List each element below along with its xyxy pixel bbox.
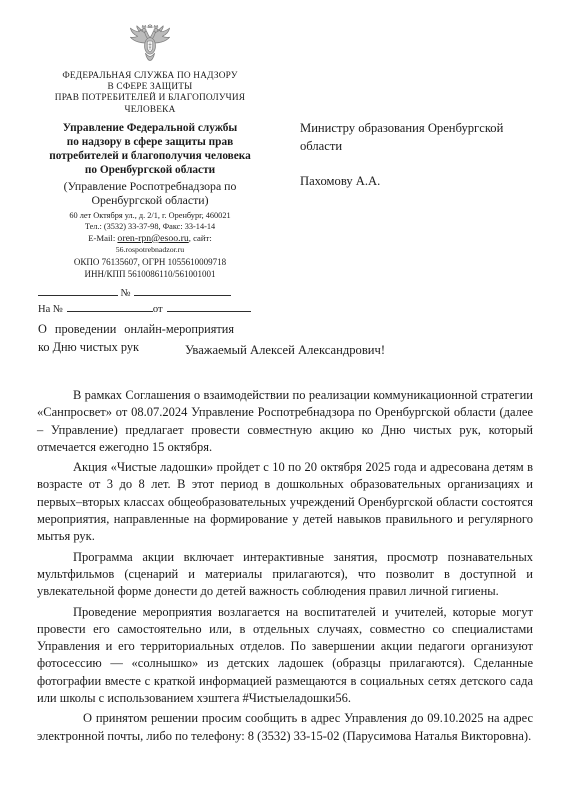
subject-line: ко Дню чистых рук <box>38 339 234 357</box>
department-name: Управление Федеральной службы по надзору… <box>30 121 270 177</box>
body-paragraph: Акция «Чистые ладошки» пройдет с 10 по 2… <box>37 459 533 545</box>
agency-line: ПРАВ ПОТРЕБИТЕЛЕЙ И БЛАГОПОЛУЧИЯ <box>30 93 270 104</box>
department-short-line: Оренбургской области) <box>30 193 270 208</box>
date-blank-field <box>38 285 118 296</box>
letterhead-left-block: ФЕДЕРАЛЬНАЯ СЛУЖБА ПО НАДЗОРУ В СФЕРЕ ЗА… <box>30 24 270 356</box>
addressee-recipient: Министру образования Оренбургской област… <box>300 119 532 155</box>
subject-block: О проведении онлайн-мероприятия ко Дню ч… <box>38 321 234 356</box>
number-sign: № <box>121 288 131 299</box>
addressee-name: Пахомову А.А. <box>300 172 532 190</box>
body-paragraph: Проведение мероприятия возлагается на во… <box>37 604 533 708</box>
reply-prefix: На № <box>38 304 63 315</box>
addressee-block: Министру образования Оренбургской област… <box>300 119 532 190</box>
department-line: Управление Федеральной службы <box>30 121 270 135</box>
subject-line: О проведении онлайн-мероприятия <box>38 321 234 339</box>
email-label: E-Mail: <box>88 233 115 243</box>
letter-page: ФЕДЕРАЛЬНАЯ СЛУЖБА ПО НАДЗОРУ В СФЕРЕ ЗА… <box>0 0 566 800</box>
inn-kpp-codes: ИНН/КПП 5610086110/561001001 <box>30 268 270 280</box>
agency-name: ФЕДЕРАЛЬНАЯ СЛУЖБА ПО НАДЗОРУ В СФЕРЕ ЗА… <box>30 71 270 116</box>
body-paragraph: Программа акции включает интерактивные з… <box>37 549 533 601</box>
email-address: oren-rpn@esoo.ru <box>117 233 188 244</box>
reply-number-blank-field <box>67 301 153 312</box>
department-short-line: (Управление Роспотребнадзора по <box>30 179 270 194</box>
phone-fax: Тел.: (3532) 33-37-98, Факс: 33-14-14 <box>30 221 270 232</box>
department-line: по Оренбургской области <box>30 163 270 177</box>
agency-line: В СФЕРЕ ЗАЩИТЫ <box>30 82 270 93</box>
from-label: от <box>153 304 163 315</box>
double-headed-eagle-icon <box>127 24 173 66</box>
letterhead: ФЕДЕРАЛЬНАЯ СЛУЖБА ПО НАДЗОРУ В СФЕРЕ ЗА… <box>0 0 566 338</box>
postal-address: 60 лет Октября ул., д. 2/1, г. Оренбург,… <box>30 210 270 221</box>
okpo-ogrn-codes: ОКПО 76135607, ОГРН 1055610009718 <box>30 256 270 268</box>
website-url: 56.rospotrebnadzor.ru <box>30 244 270 255</box>
body-paragraph: В рамках Соглашения о взаимодействии по … <box>37 387 533 456</box>
reference-lines: № На №от <box>38 285 236 316</box>
email-suffix: , сайт: <box>189 233 212 243</box>
email-line: E-Mail: oren-rpn@esoo.ru, сайт: <box>30 233 270 244</box>
department-short-name: (Управление Роспотребнадзора по Оренбург… <box>30 179 270 208</box>
body-paragraph: О принятом решении просим сообщить в адр… <box>37 710 533 745</box>
letter-body: Уважаемый Алексей Александрович! В рамка… <box>37 343 533 745</box>
department-line: потребителей и благополучия человека <box>30 149 270 163</box>
department-line: по надзору в сфере защиты прав <box>30 135 270 149</box>
outgoing-number-line: № <box>38 285 236 301</box>
agency-line: ФЕДЕРАЛЬНАЯ СЛУЖБА ПО НАДЗОРУ <box>30 71 270 82</box>
emblem-container <box>30 24 270 68</box>
agency-line: ЧЕЛОВЕКА <box>30 105 270 116</box>
reply-reference-line: На №от <box>38 301 236 317</box>
number-blank-field <box>134 285 231 296</box>
reply-date-blank-field <box>167 301 251 312</box>
contact-block: 60 лет Октября ул., д. 2/1, г. Оренбург,… <box>30 210 270 280</box>
